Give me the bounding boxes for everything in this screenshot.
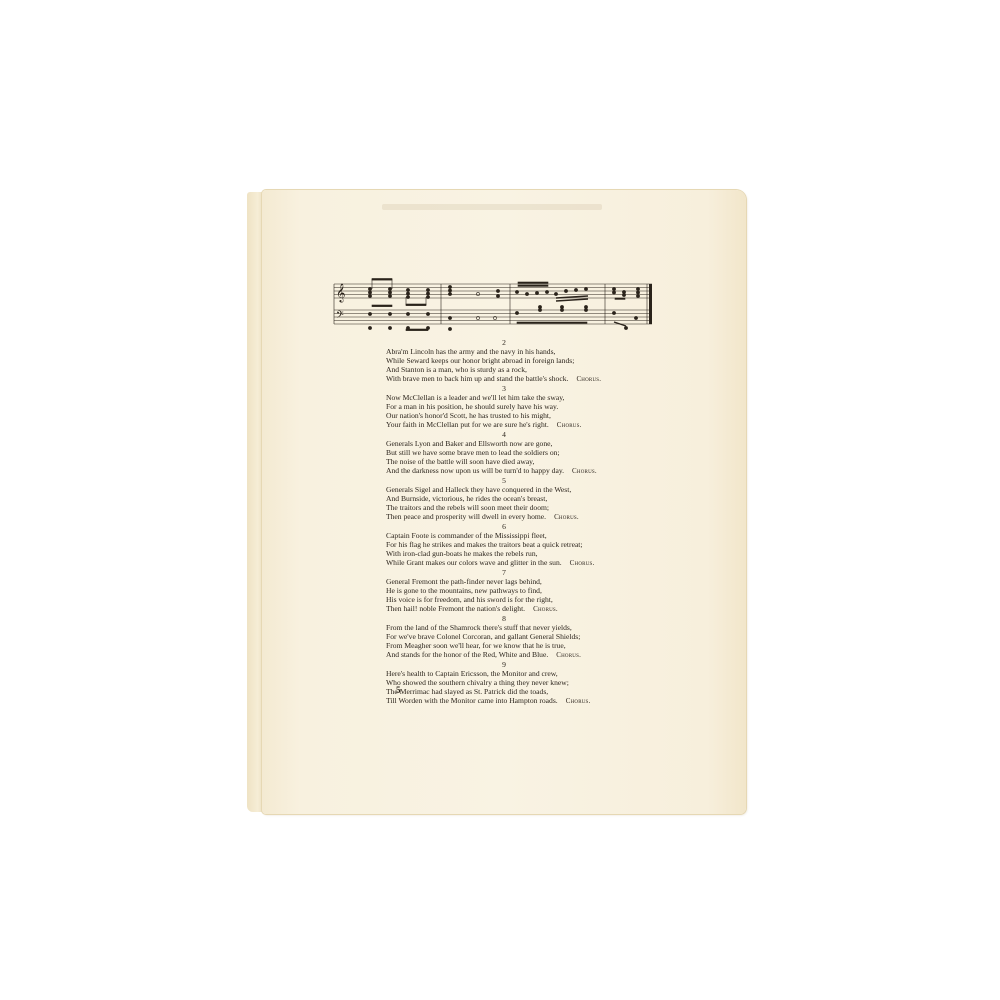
verse-line: The traitors and the rebels will soon me… [386, 503, 636, 512]
verse-number: 5 [386, 476, 636, 485]
verse-line: With brave men to back him up and stand … [386, 374, 636, 384]
chorus-marker: Chorus. [566, 697, 591, 705]
verse: 8 From the land of the Shamrock there's … [386, 614, 636, 660]
verse-number: 2 [386, 338, 636, 347]
verse-line: For a man in his position, he should sur… [386, 402, 636, 411]
bleed-through-title [382, 204, 602, 210]
verse-number: 6 [386, 522, 636, 531]
verse-line-text: While Grant makes our colors wave and gl… [386, 558, 562, 567]
verse-line: While Grant makes our colors wave and gl… [386, 558, 636, 568]
music-score: 𝄞 𝄢 [330, 276, 655, 332]
verse-number: 3 [386, 384, 636, 393]
verse-line: General Fremont the path-finder never la… [386, 577, 636, 586]
verse-line-text: Till Worden with the Monitor came into H… [386, 696, 558, 705]
verse-number: 4 [386, 430, 636, 439]
verse-line: Who showed the southern chivalry a thing… [386, 678, 636, 687]
verse-line: Your faith in McClellan put for we are s… [386, 420, 636, 430]
verse-line-text: Your faith in McClellan put for we are s… [386, 420, 549, 429]
verse-line-text: Then hail! noble Fremont the nation's de… [386, 604, 525, 613]
verse-line: And stands for the honor of the Red, Whi… [386, 650, 636, 660]
verse-line-text: And stands for the honor of the Red, Whi… [386, 650, 548, 659]
verse: 7 General Fremont the path-finder never … [386, 568, 636, 614]
verse-line: Captain Foote is commander of the Missis… [386, 531, 636, 540]
verse-line: Our nation's honor'd Scott, he has trust… [386, 411, 636, 420]
svg-text:𝄞: 𝄞 [336, 283, 345, 303]
verse-line: Generals Lyon and Baker and Ellsworth no… [386, 439, 636, 448]
verse: 2 Abra'm Lincoln has the army and the na… [386, 338, 636, 384]
verse-line: Then hail! noble Fremont the nation's de… [386, 604, 636, 614]
verse-line: From Meagher soon we'll hear, for we kno… [386, 641, 636, 650]
verse-line: Now McClellan is a leader and we'll let … [386, 393, 636, 402]
verse-line: His voice is for freedom, and his sword … [386, 595, 636, 604]
verse-line: Here's health to Captain Ericsson, the M… [386, 669, 636, 678]
verse-line: But still we have some brave men to lead… [386, 448, 636, 457]
chorus-marker: Chorus. [576, 375, 601, 383]
chorus-marker: Chorus. [572, 467, 597, 475]
chorus-marker: Chorus. [570, 559, 595, 567]
verse-line: For his flag he strikes and makes the tr… [386, 540, 636, 549]
verse-line: From the land of the Shamrock there's st… [386, 623, 636, 632]
verse-line: For we've brave Colonel Corcoran, and ga… [386, 632, 636, 641]
verse-line: And Stanton is a man, who is sturdy as a… [386, 365, 636, 374]
chorus-marker: Chorus. [554, 513, 579, 521]
verse-line: Generals Sigel and Halleck they have con… [386, 485, 636, 494]
svg-text:𝄢: 𝄢 [336, 309, 344, 323]
verse-line-text: With brave men to back him up and stand … [386, 374, 568, 383]
verse: 5 Generals Sigel and Halleck they have c… [386, 476, 636, 522]
verse-line: He is gone to the mountains, new pathway… [386, 586, 636, 595]
verse-line: The noise of the battle will soon have d… [386, 457, 636, 466]
verse-line: With iron-clad gun-boats he makes the re… [386, 549, 636, 558]
verse-line: And the darkness now upon us will be tur… [386, 466, 636, 476]
verse-line-text: Then peace and prosperity will dwell in … [386, 512, 546, 521]
verse-number: 8 [386, 614, 636, 623]
verse-line: Till Worden with the Monitor came into H… [386, 696, 636, 706]
verse-number: 7 [386, 568, 636, 577]
verse-line: While Seward keeps our honor bright abro… [386, 356, 636, 365]
verse-line: Abra'm Lincoln has the army and the navy… [386, 347, 636, 356]
verse-number: 9 [386, 660, 636, 669]
verse: 3 Now McClellan is a leader and we'll le… [386, 384, 636, 430]
chorus-marker: Chorus. [557, 421, 582, 429]
page-number: 5 [396, 685, 401, 695]
verse-line: The Merrimac had slayed as St. Patrick d… [386, 687, 636, 696]
verse: 4 Generals Lyon and Baker and Ellsworth … [386, 430, 636, 476]
chorus-marker: Chorus. [533, 605, 558, 613]
chorus-marker: Chorus. [556, 651, 581, 659]
verse: 6 Captain Foote is commander of the Miss… [386, 522, 636, 568]
verse-line: Then peace and prosperity will dwell in … [386, 512, 636, 522]
music-staff: 𝄞 𝄢 [330, 276, 655, 332]
verse-line-text: And the darkness now upon us will be tur… [386, 466, 564, 475]
lyrics-block: 2 Abra'm Lincoln has the army and the na… [386, 338, 636, 706]
verse-line: And Burnside, victorious, he rides the o… [386, 494, 636, 503]
verse: 9 Here's health to Captain Ericsson, the… [386, 660, 636, 706]
